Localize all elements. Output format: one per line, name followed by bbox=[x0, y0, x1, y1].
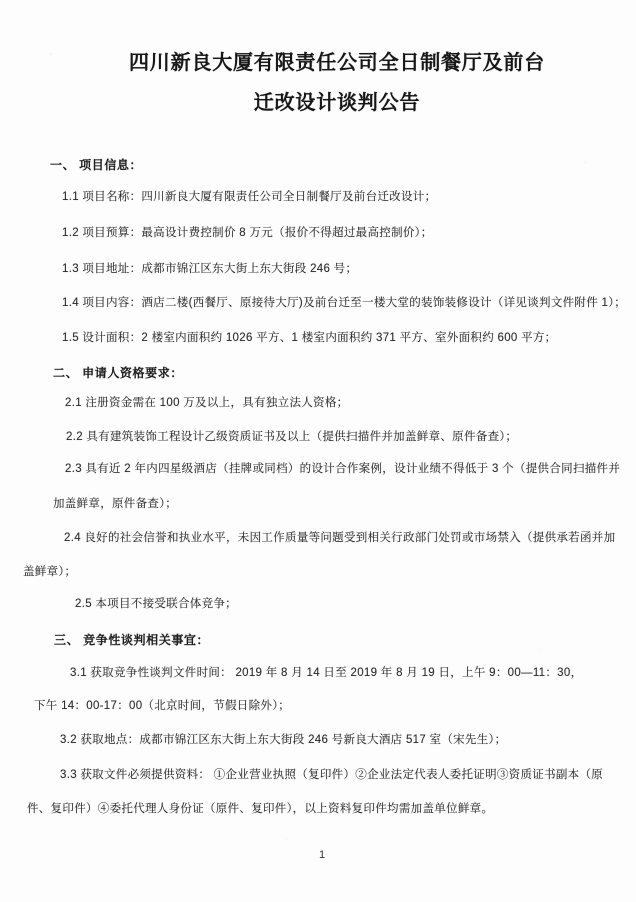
scanned-document-page: 四川新良大厦有限责任公司全日制餐厅及前台 迁改设计谈判公告 一、 项目信息： 1… bbox=[0, 0, 636, 902]
item-2-1: 2.1 注册资金需在 100 万及以上，具有独立法人资格； bbox=[65, 396, 348, 411]
item-1-3: 1.3 项目地址：成都市锦江区东大街上东大街段 246 号； bbox=[62, 262, 357, 277]
section-3-heading: 三、 竞争性谈判相关事宜： bbox=[54, 633, 209, 649]
item-3-1-line-2: 下午 14：00-17：00（北京时间，节假日除外）； bbox=[34, 699, 290, 714]
item-3-2: 3.2 获取地点：成都市锦江区东大街上东大街段 246 号新良大酒店 517 室… bbox=[60, 733, 506, 748]
page-number: 1 bbox=[0, 849, 636, 861]
item-2-3-line-2: 加盖鲜章，原件备查）； bbox=[53, 497, 177, 512]
item-3-3-line-2: 件、复印件）④委托代理人身份证（原件、复印件），以上资料复印件均需加盖单位鲜章。 bbox=[27, 802, 493, 817]
item-2-4-line-2: 盖鲜章）； bbox=[23, 565, 76, 580]
item-2-3-line-1: 2.3 具有近 2 年内四星级酒店（挂牌或同档）的设计合作案例，设计业绩不得低于… bbox=[65, 462, 620, 477]
document-title-line-2: 迁改设计谈判公告 bbox=[0, 86, 636, 115]
item-1-2: 1.2 项目预算：最高设计费控制价 8 万元（报价不得超过最高控制价）； bbox=[62, 226, 433, 241]
section-1-heading: 一、 项目信息： bbox=[50, 158, 142, 174]
item-3-1-line-1: 3.1 获取竞争性谈判文件时间： 2019 年 8 月 14 日至 2019 年… bbox=[70, 666, 582, 681]
item-1-5: 1.5 设计面积：2 楼室内面积约 1026 平方、1 楼室内面积约 371 平… bbox=[62, 331, 557, 346]
item-3-3-line-1: 3.3 获取文件必须提供资料： ①企业营业执照（复印件）②企业法定代表人委托证明… bbox=[60, 768, 603, 783]
item-2-4-line-1: 2.4 良好的社会信誉和执业水平，未因工作质量等问题受到相关行政部门处罚或市场禁… bbox=[64, 531, 615, 546]
item-2-2: 2.2 具有建筑装饰工程设计乙级资质证书及以上（提供扫描件并加盖鲜章、原件备查）… bbox=[66, 430, 517, 445]
section-2-heading: 二、 申请人资格要求： bbox=[53, 366, 183, 382]
document-title-line-1: 四川新良大厦有限责任公司全日制餐厅及前台 bbox=[0, 46, 636, 75]
item-1-4: 1.4 项目内容：酒店二楼(西餐厅、原接待大厅)及前台迁至一楼大堂的装饰装修设计… bbox=[62, 296, 626, 311]
item-1-1: 1.1 项目名称：四川新良大厦有限责任公司全日制餐厅及前台迁改设计； bbox=[62, 190, 436, 205]
item-2-5: 2.5 本项目不接受联合体竞争； bbox=[75, 597, 237, 612]
